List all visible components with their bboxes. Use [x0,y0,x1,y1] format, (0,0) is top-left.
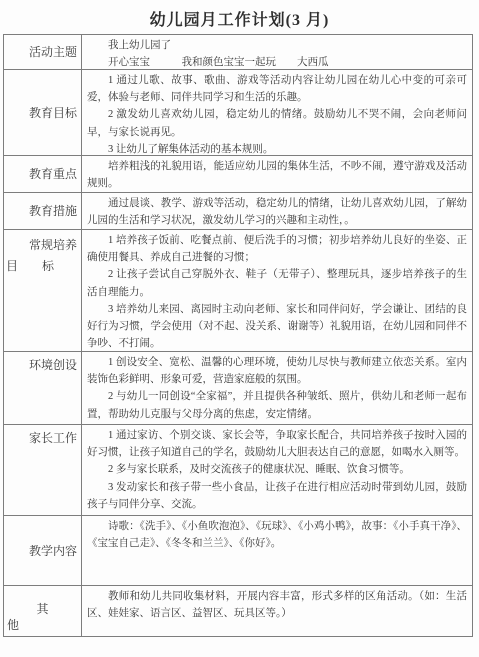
paragraph: 2 与幼儿一同创设“全家福”，并且提供各种皱纸、照片，供幼儿和老师一起布置，帮助… [87,388,467,422]
paragraph: 我上幼儿园了 [87,37,467,54]
table-row-environment-creation: 环境创设 1 创设安全、宽松、温馨的心理环境，使幼儿尽快与教师建立依恋关系。室内… [4,352,472,425]
row-content-environment-creation: 1 创设安全、宽松、温馨的心理环境，使幼儿尽快与教师建立依恋关系。室内装饰色彩鲜… [82,352,472,424]
row-label-routine-training-goals: 常规培养 目 标 [4,230,82,351]
row-label-text: 家长工作 [4,430,81,446]
row-label-education-measures: 教育措施 [4,193,82,229]
row-label-teaching-content: 教学内容 [4,516,82,585]
row-content-education-measures: 通过晨谈、教学、游戏等活动，稳定幼儿的情绪，让幼儿喜欢幼儿园，了解幼儿园的生活和… [82,193,472,229]
row-label-other: 其 他 [4,586,82,636]
row-content-other: 教师和幼儿共同收集材料，开展内容丰富，形式多样的区角活动。（如：生活区、娃娃家、… [82,586,472,636]
paragraph: 1 通过家访、个别交谈、家长会等，争取家长配合，共同培养孩子按时入园的好习惯，让… [87,427,467,461]
paragraph: 开心宝宝 我和颜色宝宝一起玩 大西瓜 [87,54,467,69]
paragraph: 培养粗浅的礼貌用语，能适应幼儿园的集体生活，不吵不闹，遵守游戏及活动规则。 [87,158,467,192]
paragraph: 1 创设安全、宽松、温馨的心理环境，使幼儿尽快与教师建立依恋关系。室内装饰色彩鲜… [87,354,467,388]
row-label-text: 教育措施 [4,203,81,219]
row-label-text: 教学内容 [4,543,81,559]
row-label-parent-work: 家长工作 [4,425,82,515]
paragraph: 1 培养孩子饭前、吃餐点前、便后洗手的习惯；初步培养幼儿良好的坐姿、正确使用餐具… [87,232,467,266]
paragraph: 教师和幼儿共同收集材料，开展内容丰富，形式多样的区角活动。（如：生活区、娃娃家、… [87,588,467,622]
page-title: 幼儿园月工作计划(3 月) [0,0,479,34]
row-label-education-focus: 教育重点 [4,156,82,192]
row-label-text-line1: 其 [4,601,81,617]
paragraph: 2 让孩子尝试自己穿脱外衣、鞋子（无带子）、整理玩具，逐步培养孩子的生活自理能力… [87,266,467,300]
table-row-other: 其 他 教师和幼儿共同收集材料，开展内容丰富，形式多样的区角活动。（如：生活区、… [4,586,472,636]
work-plan-table: 活动主题 我上幼儿园了 开心宝宝 我和颜色宝宝一起玩 大西瓜 教育目标 1 通过… [3,34,473,637]
paragraph: 3 培养幼儿来园、离园时主动向老师、家长和同伴问好，学会谦让、团结的良好行为习惯… [87,301,467,351]
row-content-education-focus: 培养粗浅的礼貌用语，能适应幼儿园的集体生活，不吵不闹，遵守游戏及活动规则。 [82,156,472,192]
paragraph: 2 多与家长联系，及时交流孩子的健康状况、睡眠、饮食习惯等。 [87,461,467,478]
row-content-education-goals: 1 通过儿歌、故事、歌曲、游戏等活动内容让幼儿园在幼儿心中变的可亲可爱，体验与老… [82,70,472,155]
row-label-text-line1: 常规培养 [4,235,81,256]
table-row-teaching-content: 教学内容 诗歌：《洗手》、《小鱼吹泡泡》、《玩球》、《小鸡小鸭》，故事：《小手真… [4,516,472,586]
paragraph: 2 激发幼儿喜欢幼儿园，稳定幼儿的情绪。鼓励幼儿不哭不闹，会向老师问早，与家长说… [87,106,467,140]
table-row-education-goals: 教育目标 1 通过儿歌、故事、歌曲、游戏等活动内容让幼儿园在幼儿心中变的可亲可爱… [4,70,472,156]
row-label-text-line2: 他 [4,617,81,633]
table-row-education-focus: 教育重点 培养粗浅的礼貌用语，能适应幼儿园的集体生活，不吵不闹，遵守游戏及活动规… [4,156,472,193]
row-content-activity-theme: 我上幼儿园了 开心宝宝 我和颜色宝宝一起玩 大西瓜 [82,35,472,69]
row-label-education-goals: 教育目标 [4,70,82,155]
paragraph: 1 通过儿歌、故事、歌曲、游戏等活动内容让幼儿园在幼儿心中变的可亲可爱，体验与老… [87,72,467,106]
table-row-routine-training-goals: 常规培养 目 标 1 培养孩子饭前、吃餐点前、便后洗手的习惯；初步培养幼儿良好的… [4,230,472,352]
row-content-teaching-content: 诗歌：《洗手》、《小鱼吹泡泡》、《玩球》、《小鸡小鸭》，故事：《小手真干净》、《… [82,516,472,585]
row-label-text-line2: 目 标 [4,256,81,277]
row-label-activity-theme: 活动主题 [4,35,82,69]
row-content-routine-training-goals: 1 培养孩子饭前、吃餐点前、便后洗手的习惯；初步培养幼儿良好的坐姿、正确使用餐具… [82,230,472,351]
paragraph: 3 让幼儿了解集体活动的基本规则。 [87,141,467,155]
paragraph: 通过晨谈、教学、游戏等活动，稳定幼儿的情绪，让幼儿喜欢幼儿园，了解幼儿园的生活和… [87,195,467,229]
row-label-text: 教育重点 [4,166,81,182]
paragraph: 3 发动家长和孩子带一些小食品，让孩子在进行相应活动时带到幼儿园，鼓励孩子与同伴… [87,479,467,513]
table-row-activity-theme: 活动主题 我上幼儿园了 开心宝宝 我和颜色宝宝一起玩 大西瓜 [4,35,472,70]
table-row-education-measures: 教育措施 通过晨谈、教学、游戏等活动，稳定幼儿的情绪，让幼儿喜欢幼儿园，了解幼儿… [4,193,472,230]
row-label-text: 活动主题 [4,44,81,60]
row-content-parent-work: 1 通过家访、个别交谈、家长会等，争取家长配合，共同培养孩子按时入园的好习惯，让… [82,425,472,515]
table-row-parent-work: 家长工作 1 通过家访、个别交谈、家长会等，争取家长配合，共同培养孩子按时入园的… [4,425,472,516]
row-label-environment-creation: 环境创设 [4,352,82,424]
paragraph: 诗歌：《洗手》、《小鱼吹泡泡》、《玩球》、《小鸡小鸭》，故事：《小手真干净》、《… [87,518,467,552]
row-label-text: 环境创设 [4,357,81,373]
row-label-text: 教育目标 [4,105,81,121]
